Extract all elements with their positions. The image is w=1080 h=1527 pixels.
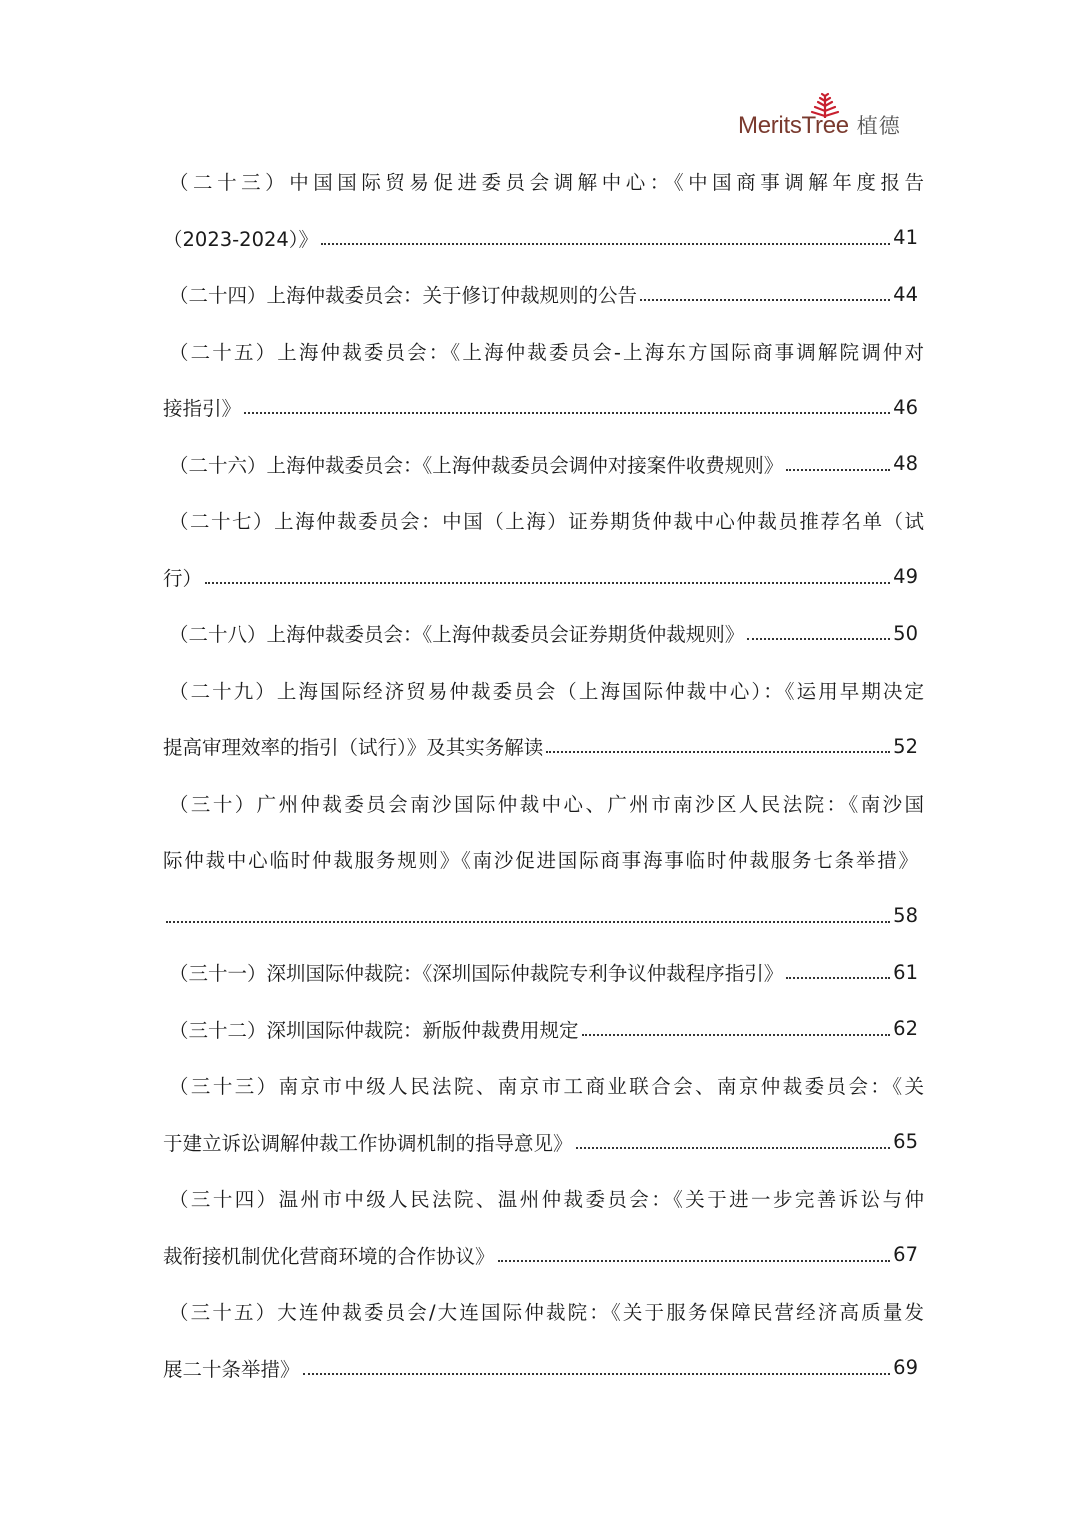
page-number: 41	[893, 226, 918, 249]
page-number: 69	[893, 1356, 918, 1379]
dot-leader	[244, 396, 890, 418]
page-number: 46	[893, 396, 918, 419]
page-number: 48	[893, 452, 918, 475]
toc-entry-end[interactable]: 行）49	[163, 549, 918, 606]
dot-leader	[582, 1018, 891, 1040]
dot-leader	[166, 905, 890, 927]
dot-leader	[303, 1357, 891, 1379]
logo-chinese: 植德	[857, 116, 901, 138]
page-number: 58	[893, 904, 918, 927]
toc-line[interactable]: （二十五）上海仲裁委员会：《上海仲裁委员会-上海东方国际商事调解院调仲对	[163, 323, 918, 380]
toc-entry[interactable]: （三十一）深圳国际仲裁院：《深圳国际仲裁院专利争议仲裁程序指引》61	[163, 944, 918, 1001]
dot-leader	[786, 453, 890, 475]
dot-leader	[205, 566, 890, 588]
dot-leader	[321, 227, 890, 249]
tree-icon	[810, 92, 840, 118]
dot-leader	[546, 735, 890, 757]
toc-line[interactable]: （二十三）中国国际贸易促进委员会调解中心：《中国商事调解年度报告	[163, 153, 918, 210]
dot-leader	[747, 622, 890, 644]
toc-line[interactable]: （三十五）大连仲裁委员会/大连国际仲裁院：《关于服务保障民营经济高质量发	[163, 1283, 918, 1340]
meritstree-logo: MeritsTree 植德	[738, 92, 901, 138]
toc-entry[interactable]: （二十四）上海仲裁委员会：关于修订仲裁规则的公告44	[163, 266, 918, 323]
page-number: 50	[893, 622, 918, 645]
dot-leader	[640, 283, 890, 305]
logo-wordmark: MeritsTree	[738, 114, 849, 138]
toc-entry-end[interactable]: 提高审理效率的指引（试行）》及其实务解读52	[163, 718, 918, 775]
toc-entry-end[interactable]: 58	[163, 888, 918, 945]
dot-leader	[498, 1244, 891, 1266]
page-number: 49	[893, 565, 918, 588]
page-number: 67	[893, 1243, 918, 1266]
toc-line[interactable]: （三十）广州仲裁委员会南沙国际仲裁中心、广州市南沙区人民法院：《南沙国	[163, 775, 918, 832]
page-number: 52	[893, 735, 918, 758]
page-number: 61	[893, 961, 918, 984]
toc-entry-end[interactable]: 于建立诉讼调解仲裁工作协调机制的指导意见》65	[163, 1114, 918, 1171]
toc-line[interactable]: 际仲裁中心临时仲裁服务规则》《南沙促进国际商事海事临时仲裁服务七条举措》	[163, 831, 918, 888]
toc-entry[interactable]: （二十八）上海仲裁委员会：《上海仲裁委员会证券期货仲裁规则》50	[163, 605, 918, 662]
toc-entry-end[interactable]: 接指引》46	[163, 379, 918, 436]
toc-line[interactable]: （二十九）上海国际经济贸易仲裁委员会（上海国际仲裁中心）：《运用早期决定	[163, 662, 918, 719]
toc-entry-end[interactable]: 裁衔接机制优化营商环境的合作协议》67	[163, 1227, 918, 1284]
toc-entry[interactable]: （三十二）深圳国际仲裁院：新版仲裁费用规定62	[163, 1001, 918, 1058]
toc-line[interactable]: （三十三）南京市中级人民法院、南京市工商业联合会、南京仲裁委员会：《关	[163, 1057, 918, 1114]
page-number: 65	[893, 1130, 918, 1153]
dot-leader	[576, 1131, 891, 1153]
toc-line[interactable]: （二十七）上海仲裁委员会：中国（上海）证券期货仲裁中心仲裁员推荐名单（试	[163, 492, 918, 549]
toc-entry-end[interactable]: 展二十条举措》69	[163, 1340, 918, 1397]
dot-leader	[786, 961, 890, 983]
toc-entry[interactable]: （二十六）上海仲裁委员会：《上海仲裁委员会调仲对接案件收费规则》48	[163, 436, 918, 493]
toc-line[interactable]: （三十四）温州市中级人民法院、温州仲裁委员会：《关于进一步完善诉讼与仲	[163, 1170, 918, 1227]
page-number: 62	[893, 1017, 918, 1040]
page-number: 44	[893, 283, 918, 306]
table-of-contents: （二十三）中国国际贸易促进委员会调解中心：《中国商事调解年度报告 （2023-2…	[163, 153, 918, 1396]
toc-entry-end[interactable]: （2023-2024）》41	[163, 210, 918, 267]
